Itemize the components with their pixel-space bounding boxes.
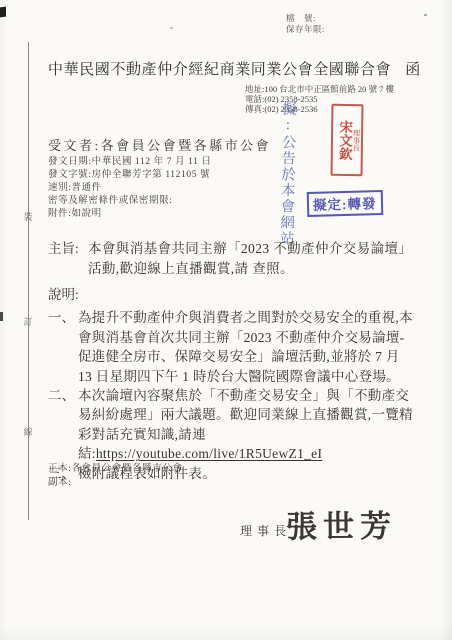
copy-recipients: 副本: [48, 477, 183, 491]
subject-text: 本會與消基會共同主辦「2023 不動產仲介交易論壇」活動,歡迎線上直播觀賞,請 … [88, 239, 420, 278]
scan-artifact [0, 312, 3, 321]
recipient-line: 受文者:各會員公會暨各縣市公會 [48, 135, 271, 154]
scan-artifact [424, 14, 427, 16]
contact-block: 地址:100 台北市中正區館前路 20 號 7 樓 電話:(02) 2358-2… [245, 85, 394, 114]
explanation-item-2: 二、 本次論壇內容聚焦於「不動產交易安全」與「不動產交易糾紛處理」兩大議題。歡迎… [48, 386, 420, 464]
fax-line: 傳真:(02) 2358-2536 [245, 105, 394, 115]
reference-number: 發文字號:房仲全聯芳字第 112105 號 [48, 169, 212, 182]
binding-mark-zhuang: 裝 [22, 210, 34, 223]
letter-header: 中華民國不動產仲介經紀商業同業公會全國聯合會 函 [48, 58, 428, 79]
item-text: 為提升不動產仲介與消費者之間對於交易安全的重視,本會與消基會首次共同主辦「202… [78, 308, 415, 386]
organization-name: 中華民國不動產仲介經紀商業同業公會全國聯合會 [48, 58, 391, 79]
seal-name: 宋文欽 [337, 120, 353, 161]
binding-mark-ding: 訂 [22, 315, 34, 328]
document-meta: 發文日期:中華民國 112 年 7 月 11 日 發文字號:房仲全聯芳字第 11… [48, 156, 212, 221]
youtube-live-link[interactable]: https://youtube.com/live/1R5UewZ1_eI [96, 446, 322, 461]
binding-line [28, 42, 29, 520]
signature-name: 張世芳 [286, 501, 397, 547]
item-marker: 二、 [48, 386, 78, 464]
scanned-official-letter: 檔 號: 保存年限: 中華民國不動產仲介經紀商業同業公會全國聯合會 函 地址:1… [0, 0, 452, 640]
scan-artifact [170, 27, 173, 29]
file-number-block: 檔 號: 保存年限: [286, 13, 325, 35]
seal-title: 理事長 [352, 129, 360, 152]
explanation-block: 說明: 一、 為提升不動產仲介與消費者之間對於交易安全的重視,本會與消基會首次共… [48, 285, 420, 483]
signature-title: 理事長 [240, 522, 291, 539]
retention-period-label: 保存年限: [286, 24, 325, 35]
item-text: 本次論壇內容聚焦於「不動產交易安全」與「不動產交易糾紛處理」兩大議題。歡迎同業線… [78, 386, 415, 464]
attachment-note: 附件:如說明 [48, 208, 212, 221]
file-number-label: 檔 號: [286, 13, 325, 24]
priority: 速別:普通件 [48, 182, 212, 195]
explanation-heading: 說明: [48, 285, 420, 304]
item-marker: 一、 [48, 308, 78, 386]
classification: 密等及解密條件或保密期限: [48, 195, 212, 208]
distribution-block: 正本:各會員公會暨各縣市公會 副本: [48, 463, 183, 490]
binding-mark-xian: 線 [22, 425, 34, 438]
explanation-item-1: 一、 為提升不動產仲介與消費者之間對於交易安全的重視,本會與消基會首次共同主辦「… [48, 308, 420, 386]
document-type: 函 [405, 58, 420, 79]
subject-block: 主旨: 本會與消基會共同主辦「2023 不動產仲介交易論壇」活動,歡迎線上直播觀… [48, 239, 420, 278]
subject-label: 主旨: [48, 239, 88, 278]
original-recipients: 正本:各會員公會暨各縣市公會 [48, 463, 183, 477]
approval-stamp: 擬定:轉發 [307, 190, 383, 217]
issue-date: 發文日期:中華民國 112 年 7 月 11 日 [48, 156, 212, 169]
handwritten-annotation: 擬:公告於本會網站 [276, 101, 300, 253]
scan-artifact [0, 7, 6, 18]
president-seal-stamp: 理事長 宋文欽 [330, 104, 363, 176]
